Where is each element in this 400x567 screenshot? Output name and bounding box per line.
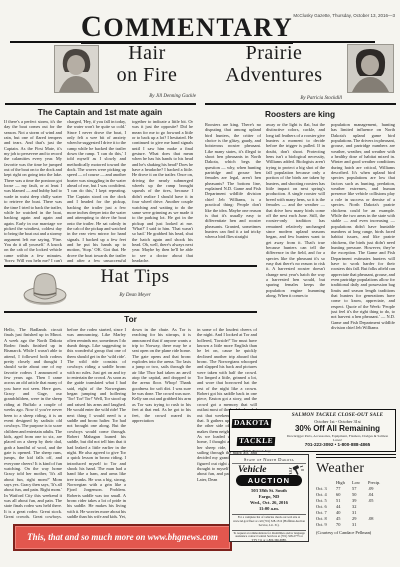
column-title-line1: Hair bbox=[98, 42, 196, 64]
weather-double-rule bbox=[316, 454, 396, 458]
auction-fine-print-2: To request accommodations for disabiliti… bbox=[232, 530, 306, 544]
article-captain-col-1: If there's a perfect storm, it's the day… bbox=[4, 119, 62, 262]
section-rule bbox=[5, 103, 196, 105]
auction-state-line: State of North Dakota bbox=[232, 457, 306, 464]
section-rule bbox=[4, 311, 257, 313]
gavel-icon bbox=[288, 465, 304, 477]
brand-word-dakota: DAKOTA bbox=[232, 419, 272, 428]
brand-word-tackle: TACKLE bbox=[237, 437, 276, 446]
article-tor-col-2: before the rodeo started, since I was an… bbox=[67, 327, 126, 519]
article-captain-col-2: charged, 'Hey, if you fall in today, the… bbox=[67, 119, 126, 262]
column-title-prairie-adventures: Prairie Adventures bbox=[206, 42, 342, 87]
column-title-hair-on-fire: Hair on Fire bbox=[98, 42, 196, 87]
column-title-line2: on Fire bbox=[98, 64, 196, 86]
auction-title-block: Vehicle AUCTION bbox=[232, 465, 306, 486]
auction-details: 503 38th St. South Fargo, ND Wed., Oct. … bbox=[232, 488, 306, 512]
column-title-hat-tips: Hat Tips bbox=[55, 266, 215, 288]
article-roosters-col-3: population management, hunting has limit… bbox=[331, 122, 395, 403]
sale-items: Downrigger Parts, Accessories, Equipment… bbox=[282, 434, 393, 442]
headline-tor: Tor bbox=[4, 314, 257, 324]
weather-row-precip bbox=[368, 522, 390, 528]
byline-jill: By Jill Denning Gackle bbox=[98, 94, 196, 99]
article-tor-col-3: down in the chute. As Tor is reaching fo… bbox=[132, 327, 191, 519]
headline-captain: The Captain and 1st mate again bbox=[4, 107, 196, 117]
weather-table: High Low Precip. Oct. 3 77 57 .09 Oct. 4… bbox=[316, 480, 396, 528]
columnist-photo-jill bbox=[54, 45, 99, 93]
byline-patricia: By Patricia Stockdill bbox=[206, 96, 342, 101]
weather-box: Weather High Low Precip. Oct. 3 77 57 .0… bbox=[316, 454, 396, 536]
sale-offer: 30% Off All Remaining bbox=[282, 424, 393, 433]
vehicle-auction-ad: State of North Dakota Vehicle AUCTION 50… bbox=[229, 454, 309, 542]
article-roosters-col-2: away or the light is flat, but the disti… bbox=[266, 122, 325, 403]
weather-row-date: Oct. 9 bbox=[316, 522, 336, 528]
weather-row-high: 70 bbox=[336, 522, 352, 528]
column-title-line1: Prairie bbox=[206, 42, 342, 64]
portrait-illustration bbox=[55, 46, 98, 92]
dakota-tackle-logo: DAKOTA TACKLE 3839 E. Bismarck Expy. Bis… bbox=[232, 412, 282, 449]
section-rule bbox=[205, 103, 396, 105]
sale-dates: October 1st - October 31st bbox=[282, 419, 393, 424]
columnist-photo-patricia bbox=[347, 44, 394, 93]
weather-title: Weather bbox=[316, 461, 396, 477]
weather-row-low: 31 bbox=[352, 522, 368, 528]
article-captain-col-3: together to indicate a little bit. Or wa… bbox=[132, 119, 193, 262]
gavel-illustration bbox=[288, 465, 304, 477]
page-title-wrap: COMMENTARY bbox=[0, 13, 374, 44]
dakota-tackle-offer-block: Salmon Tackle Close-Out Sale October 1st… bbox=[282, 412, 393, 449]
newspaper-page: McClusky Gazette, Thursday, October 13, … bbox=[0, 0, 400, 567]
auction-time: 11:00 a.m. bbox=[232, 506, 306, 512]
page-title: COMMENTARY bbox=[81, 13, 293, 44]
bhgnews-promo-banner: This, that and so much more on www.bhgne… bbox=[13, 524, 232, 551]
headline-roosters: Roosters are king bbox=[205, 109, 395, 119]
article-tor-col-1: Hello, The Badlands circuit finals just … bbox=[4, 327, 62, 519]
byline-dean: By Dean Meyer bbox=[55, 293, 215, 298]
article-roosters-col-1: Roosters are king. There's no disputing … bbox=[205, 122, 261, 262]
sale-phones: 701-222-3092 • 1-800-888-4865 bbox=[282, 442, 393, 447]
sale-headline: Salmon Tackle Close-Out Sale bbox=[282, 412, 393, 418]
auction-fine-print-1: For a complete list of vehicles check ou… bbox=[232, 514, 306, 528]
dakota-tackle-ad: DAKOTA TACKLE 3839 E. Bismarck Expy. Bis… bbox=[229, 409, 396, 452]
column-title-line2: Adventures bbox=[206, 64, 342, 86]
weather-courtesy: (Courtesy of Candace Pellman) bbox=[316, 530, 396, 536]
portrait-illustration bbox=[348, 45, 393, 92]
